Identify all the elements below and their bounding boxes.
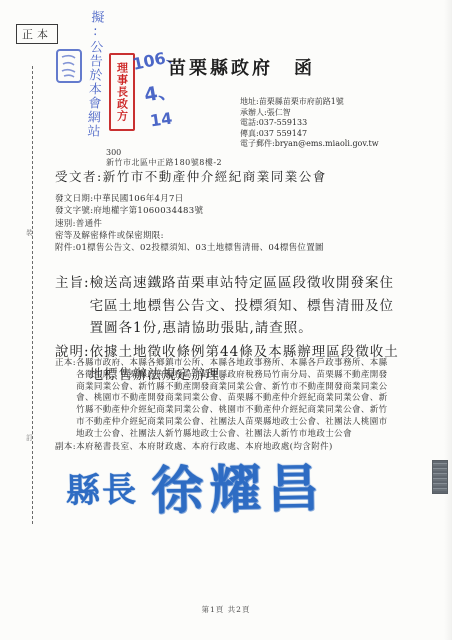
subject-paragraph: 主旨: 檢送高速鐵路苗栗車站特定區區段徵收開發案住宅區土地標售公告文、投標須知、…	[55, 272, 400, 340]
sender-contact-block: 地址:苗栗縣苗栗市府前路1號 承辦人:張仁智 電話:037-559133 傳真:…	[240, 97, 440, 150]
handwritten-date-day: 14	[149, 109, 174, 131]
scanned-official-letter: 正本 裝 訂 擬:公告於本會網站 理事長政方 106、 4、 14 苗栗縣政府 …	[0, 0, 452, 640]
scan-edge-noise	[444, 0, 452, 640]
subject-text: 檢送高速鐵路苗栗車站特定區區段徵收開發案住宅區土地標售公告文、投標須知、標售清冊…	[90, 272, 400, 340]
magistrate-signature-stamp: 縣長 徐耀昌	[65, 446, 325, 526]
subject-label: 主旨:	[55, 272, 90, 340]
seal-squiggle-icon	[58, 51, 80, 81]
original-recipients-label: 正本:	[55, 358, 76, 441]
page-number-footer: 第1頁 共2頁	[0, 604, 452, 615]
document-meta-block: 發文日期:中華民國106年4月7日 發文字號:府地權字第1060034483號 …	[55, 193, 395, 254]
handwritten-date-month: 4、	[142, 75, 178, 107]
red-chairman-stamp: 理事長政方	[109, 53, 135, 131]
binding-char-zhuang: 裝	[26, 228, 33, 238]
signature-title: 縣長	[66, 470, 139, 511]
original-recipients-paragraph: 正本: 各縣市政府、本縣各鄉鎮市公所、本縣各地政事務所、本縣各戶政事務所、本縣各…	[55, 358, 390, 441]
red-stamp-text: 理事長政方	[117, 62, 128, 122]
handwritten-annotation: 擬:公告於本會網站	[81, 10, 105, 161]
binding-char-ding: 訂	[26, 433, 33, 443]
blue-seal-stamp	[56, 49, 82, 83]
recipient-line: 受文者:新竹市不動產仲介經紀商業同業公會	[55, 167, 327, 185]
recipient-postal-code: 300	[106, 148, 121, 157]
signature-name: 徐耀昌	[151, 458, 326, 522]
binding-line	[32, 66, 33, 524]
copy-type-stamp: 正本	[16, 24, 58, 44]
original-recipients-text: 各縣市政府、本縣各鄉鎮市公所、本縣各地政事務所、本縣各戶政事務所、本縣各衛生所、…	[76, 358, 390, 441]
document-title: 苗栗縣政府 函	[168, 54, 315, 80]
